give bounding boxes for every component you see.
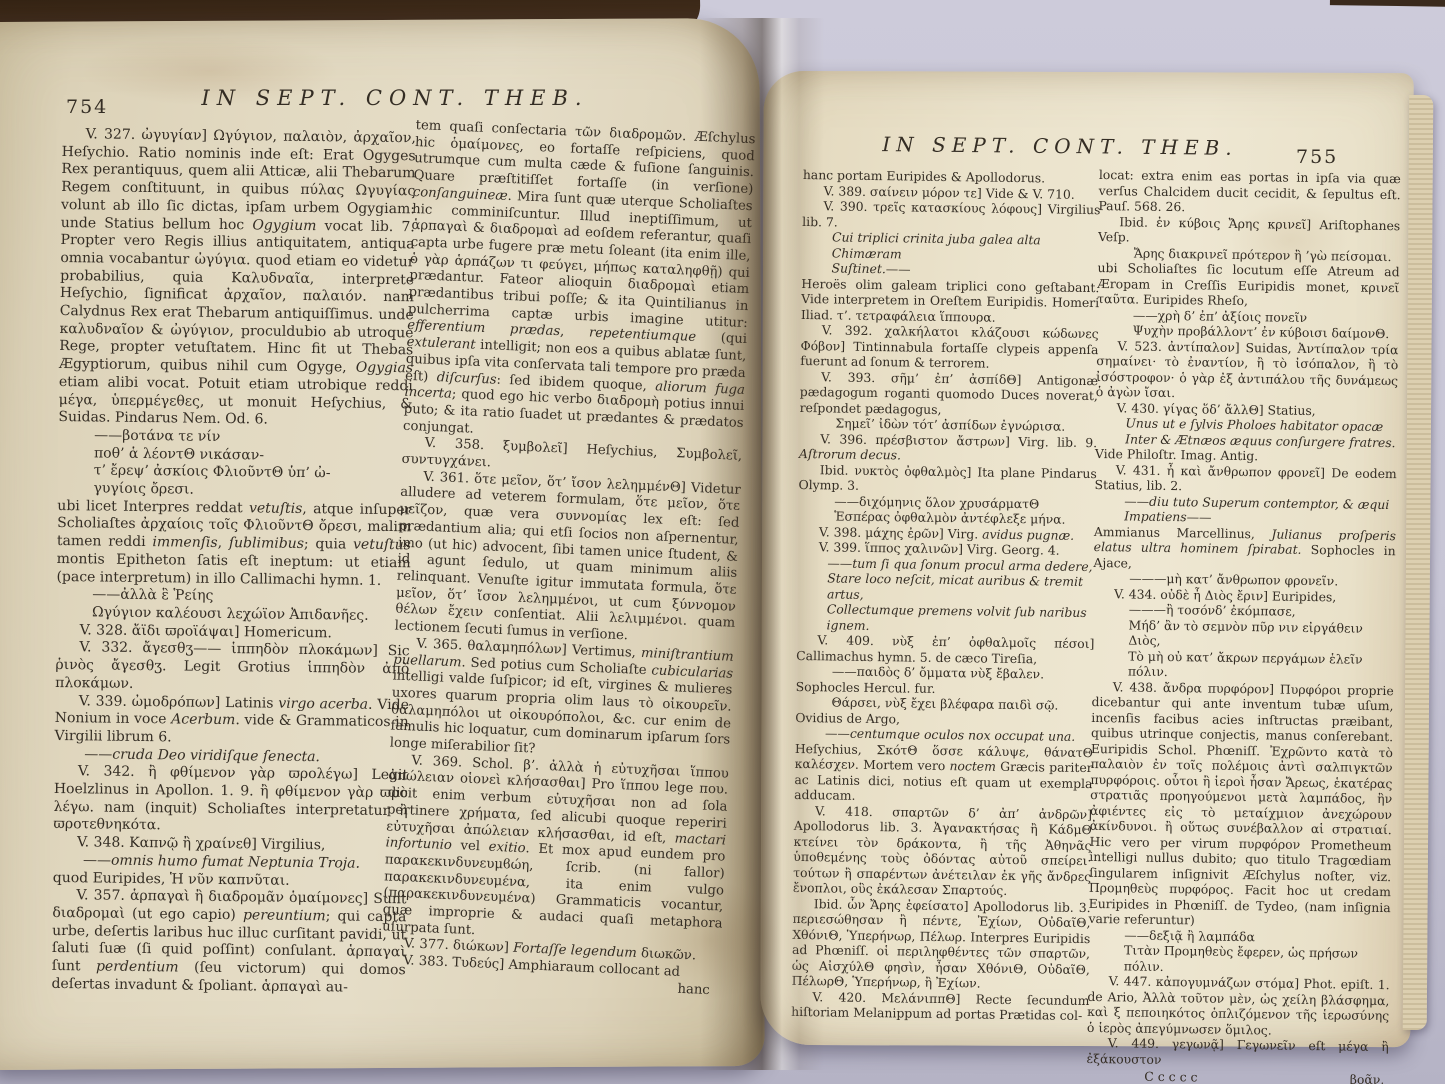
quire-signature: Ccccc xyxy=(1144,1069,1201,1084)
paragraph: V. 327. ὠγυγίαν] Ωγύγιον, παλαιὸν, ἀρχαῖ… xyxy=(58,126,416,431)
running-title-right: IN SEPT. CONT. THEB. xyxy=(840,132,1280,161)
paragraph: V. 447. κἀπογυμνάζων στόμα] Phot. epiſt.… xyxy=(1087,973,1390,1039)
paragraph: V. 357. ἁρπαγαὶ ἢ διαδρομᾶν ὁμαίμονες] S… xyxy=(51,887,406,998)
left-page-column-1: V. 327. ὠγυγίαν] Ωγύγιον, παλαιὸν, ἀρχαῖ… xyxy=(51,126,416,998)
paragraph: Heroës olim galeam triplici cono geſtaba… xyxy=(801,275,1100,326)
paragraph: V. 339. ὠμοδρόπων] Latinis virgo acerba.… xyxy=(54,692,409,749)
paragraph: Ibid. ἐν κύβοις Ἄρης κρινεῖ] Ariſtophane… xyxy=(1098,213,1400,248)
signature-line: Ccccc βοᾷν, xyxy=(1086,1068,1388,1084)
paragraph: V. 431. ἦ καὶ ἄνθρωπον φρονεῖ] De eodem … xyxy=(1094,461,1396,496)
paragraph: V. 418. σπαρτῶν δ’ ἀπ’ ἀνδρῶν] Apollodor… xyxy=(793,802,1092,899)
paragraph: tem quaſi conſectaria τῶν διαδρομῶν. Æſc… xyxy=(403,118,756,449)
paragraph: V. 332. ἄγεσθʒ—— ἱππηδὸν πλοκάμων] Sic ῥ… xyxy=(55,639,410,696)
paragraph: V. 369. Schol. β’. ἀλλὰ ἡ εὐτυχῆσαι ἵππο… xyxy=(382,752,729,950)
left-page-column-2: tem quaſi conſectaria τῶν διαδρομῶν. Æſc… xyxy=(380,118,756,1000)
right-page-column-1: hanc portam Euripides & Apollodorus.V. 3… xyxy=(791,167,1101,1024)
paragraph: Μήδ’ ἂν τὸ σεμνὸν πῦρ νιν εἰργάθειν Διὸς… xyxy=(1128,617,1394,652)
paragraph: V. 420. ΜελάνιππΘ] Recte ſecundum hiſtor… xyxy=(791,988,1089,1023)
paragraph: ubi Scholiaſtes ſic locutum eſſe Atreum … xyxy=(1097,260,1400,311)
paragraph: Ammianus Marcellinus, Julianus proſperis… xyxy=(1093,523,1396,574)
paragraph: Ibid. ὧν Ἄρης ἐφείσατο] Apollodorus lib.… xyxy=(792,895,1091,992)
paragraph: V. 438. ἄνδρα πυρφόρον] Πυρφόροι proprie… xyxy=(1088,678,1393,930)
paragraph: Τιτὰν Προμηθεὺς ἔφερεν, ὡς πρήσων πόλιν. xyxy=(1124,942,1390,977)
paragraph: V. 393. σῆμ’ ἐπ’ ἀσπίδΘ] Antigonæ pædago… xyxy=(800,368,1099,419)
paragraph: ubi licet Interpres reddat vetuſtis, atq… xyxy=(56,498,411,591)
paragraph: Ibid. νυκτὸς ὀφθαλμὸς] Ita plane Pindaru… xyxy=(798,461,1096,496)
paragraph: Cui triplici crinita juba galea alta Chi… xyxy=(832,229,1100,264)
paragraph: V. 342. ἢ φθίμενον γὰρ ϖρολέγω] Legit Ho… xyxy=(53,763,408,838)
paragraph: V. 361. ὅτε μεῖον, ὅτ’ ἴσον λελημμένΘ] V… xyxy=(394,468,741,649)
paragraph: locat: extra enim eas portas in ipſa via… xyxy=(1098,167,1401,218)
page-number-right: 755 xyxy=(1296,146,1338,168)
right-page-column-2: locat: extra enim eas portas in ipſa via… xyxy=(1086,167,1401,1084)
catchword-right: βοᾷν, xyxy=(1350,1072,1389,1084)
paragraph: V. 390. τρεῖς κατασκίους λόφους] Virgili… xyxy=(802,198,1100,233)
running-title-left: IN SEPT. CONT. THEB. xyxy=(160,86,630,110)
paragraph: Heſychius, ΣκότΘ ὅσσε κάλυψε, θάνατΘ καλ… xyxy=(794,740,1093,806)
book-cover-board-right xyxy=(1330,0,1445,7)
page-number-left: 754 xyxy=(66,96,108,118)
paragraph: V. 409. νὺξ ἐπ’ ὀφθαλμοῖς πέσοι] Callima… xyxy=(796,632,1094,667)
paragraph: Stare loco neſcit, micat auribus & tremi… xyxy=(827,570,1095,605)
paragraph: V. 396. πρέσβιστον ἄστρων] Virg. lib. 9.… xyxy=(799,430,1097,465)
paragraph: Collectumque premens volvit ſub naribus … xyxy=(827,601,1095,636)
paragraph: Τὸ μὴ οὐ κατ’ ἄκρων περγάμων ἑλεῖν πόλιν… xyxy=(1128,648,1394,683)
paragraph: V. 392. χαλκήλατοι κλάζουσι κώδωνες Φόβο… xyxy=(800,322,1099,373)
paragraph: V. 449. γεγωνᾷ] Γεγωνεῖν eſt μέγα ἢ ἐξάκ… xyxy=(1086,1035,1388,1070)
paragraph: V. 523. ἀντίπαλον] Suidas, Ἀντίπαλον τρί… xyxy=(1096,337,1399,403)
paragraph: V. 365. θαλαμηπόλων] Vertimus, miniſtran… xyxy=(389,635,734,766)
fore-edge-pages xyxy=(1403,95,1434,1030)
